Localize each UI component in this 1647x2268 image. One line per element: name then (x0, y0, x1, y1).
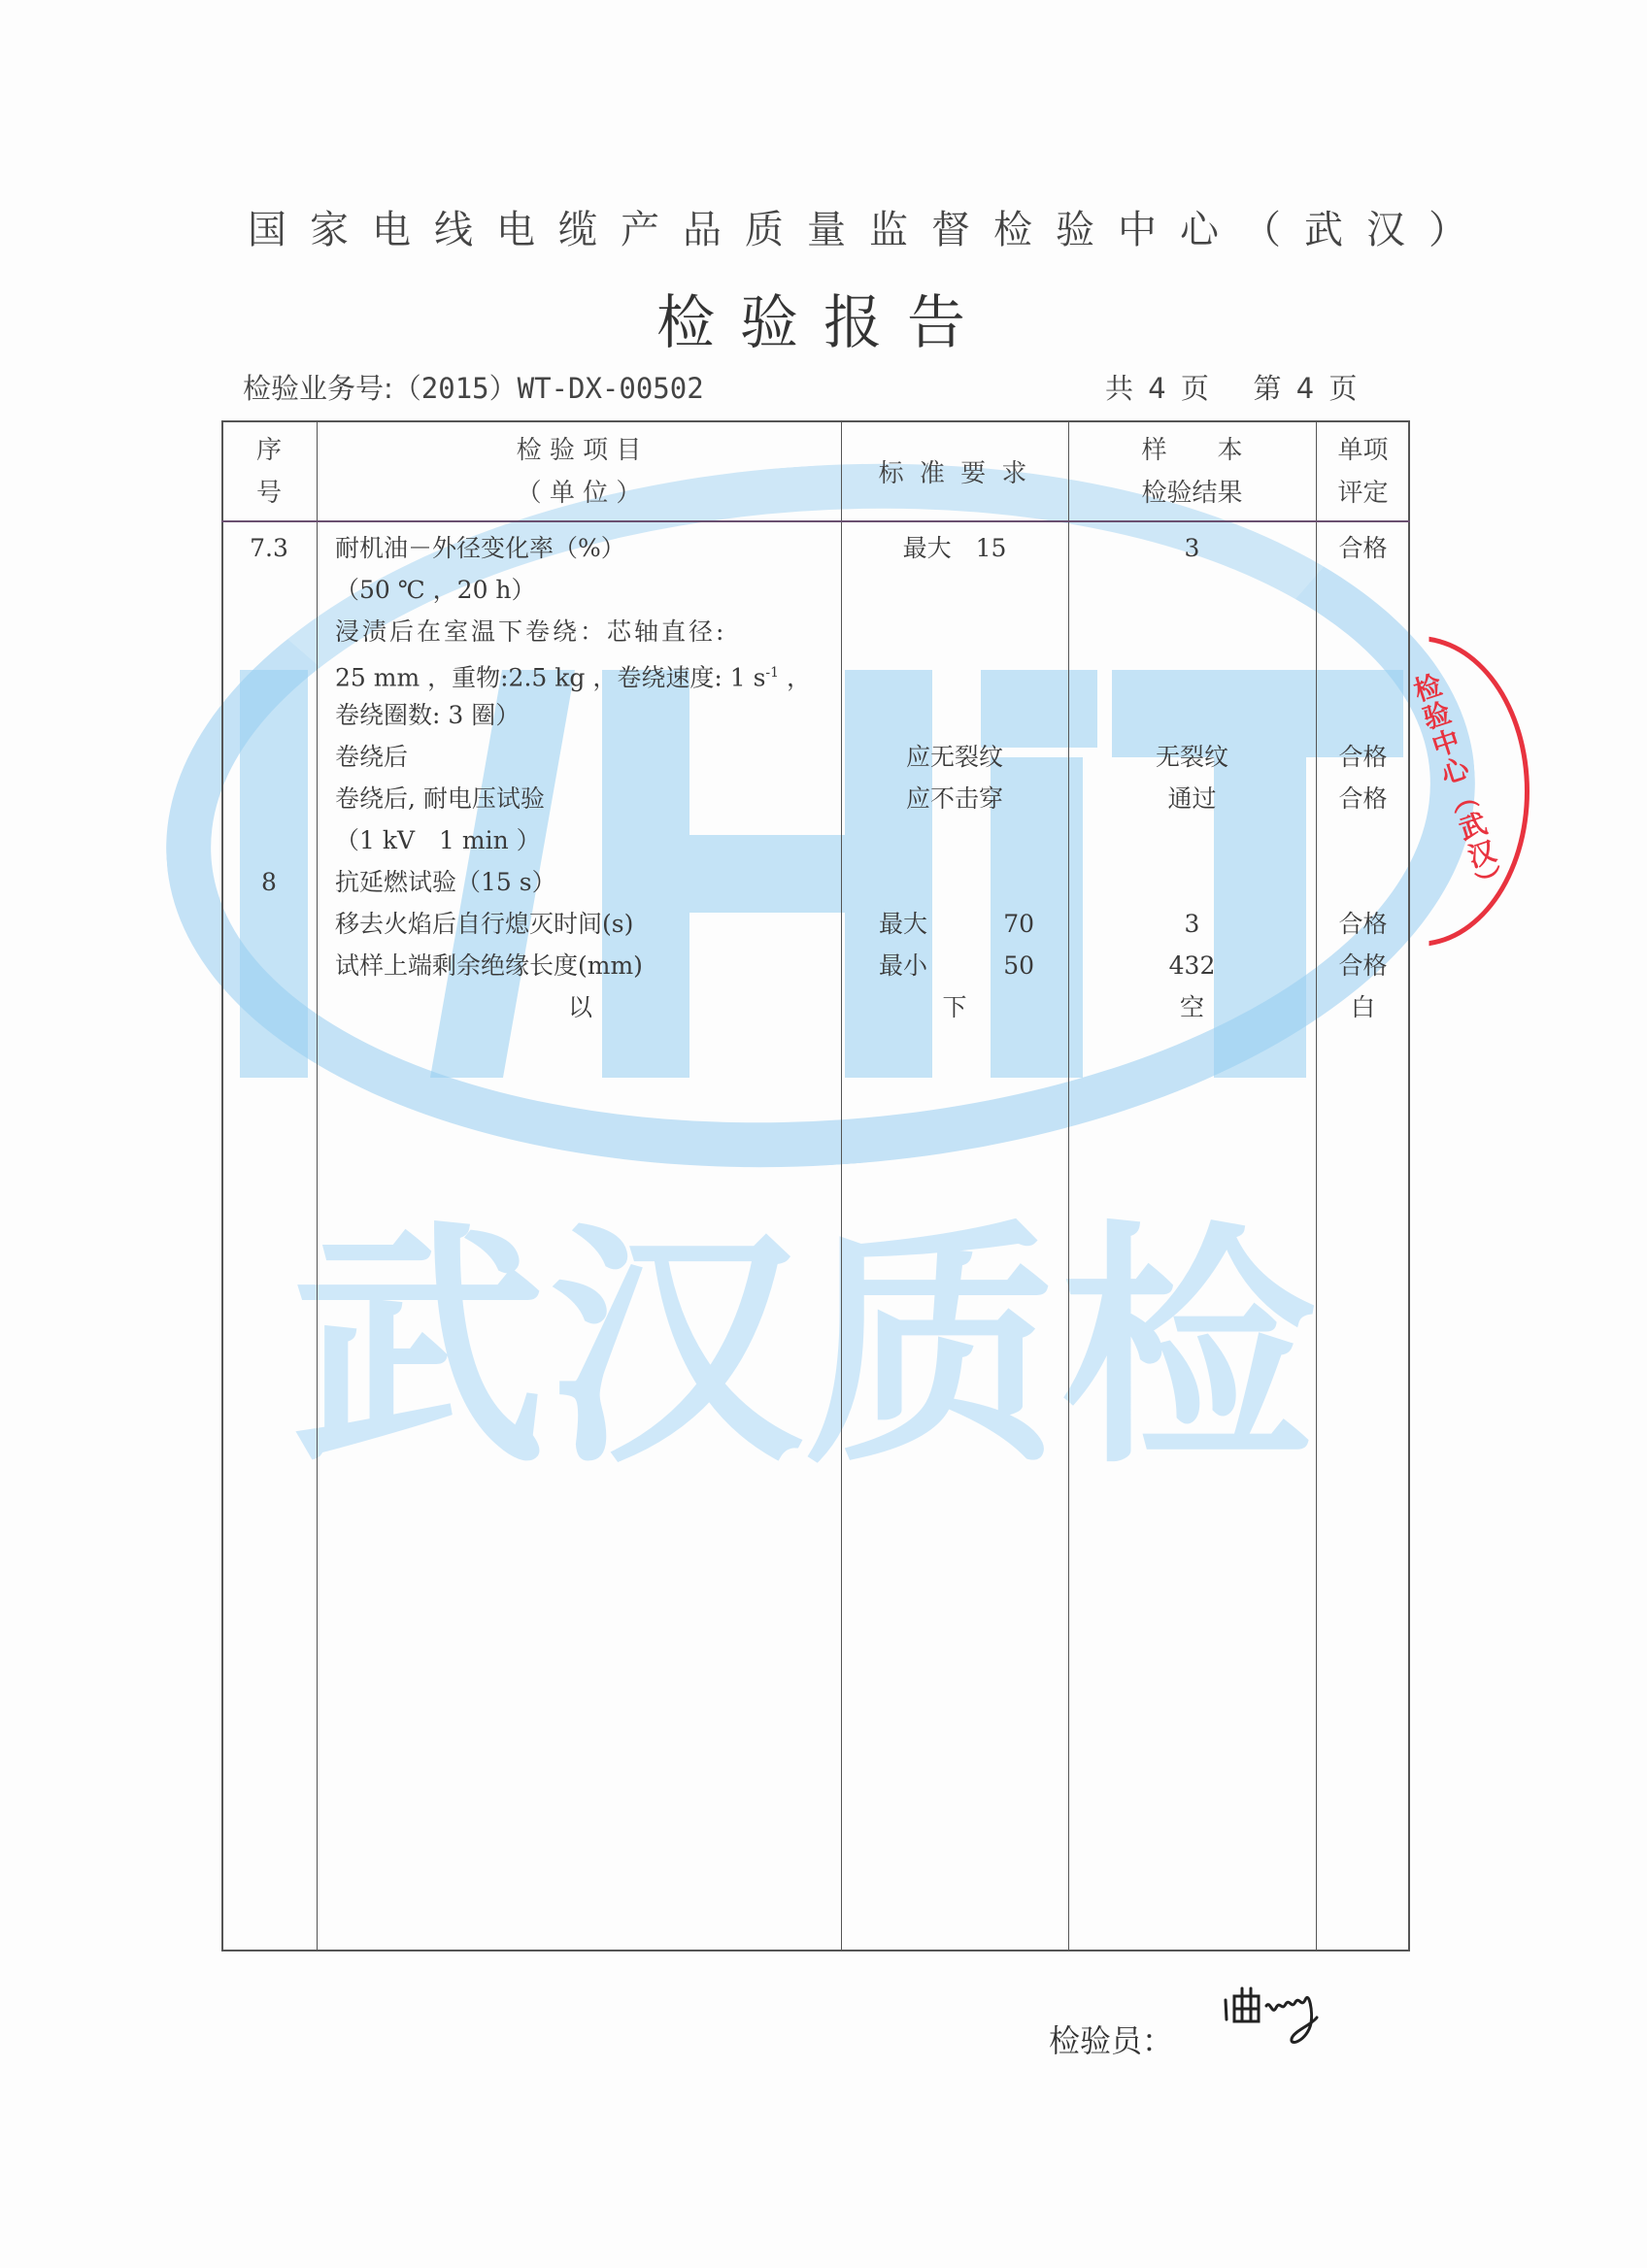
pages-current: 第 4 页 (1254, 372, 1358, 405)
business-number-value: （2015）WT-DX-00502 (393, 372, 704, 405)
row-evaluation: 合格 (1316, 945, 1410, 986)
row-item: 卷绕后 (335, 736, 408, 778)
row-item: 卷绕圈数: 3 圈） (335, 694, 520, 736)
row-result: 无裂纹 (1068, 736, 1316, 778)
col-header-no: 序 号 (221, 429, 317, 515)
col-header-item: 检 验 项 目 （ 单 位 ） (317, 429, 841, 515)
organization-name: 国家电线电缆产品质量监督检验中心（武汉） (248, 199, 1491, 254)
standard-limit-value: 70 (1003, 903, 1034, 945)
row-standard: 最大 15 (841, 527, 1068, 569)
row-item: 抗延燃试验（15 s） (335, 861, 556, 903)
row-standard: 最大70 (879, 903, 1034, 945)
business-number: 检验业务号:（2015）WT-DX-00502 (243, 367, 704, 407)
col-divider (1068, 420, 1069, 1951)
row-evaluation: 合格 (1316, 903, 1410, 945)
row-item: （50 ℃ ，20 h） (335, 569, 536, 611)
report-title: 检验报告 (0, 277, 1647, 360)
row-number: 8 (221, 861, 317, 903)
row-item: 移去火焰后自行熄灭时间(s) (335, 903, 633, 945)
col-divider (841, 420, 842, 1951)
row-standard: 应无裂纹 (841, 736, 1068, 778)
col-divider (317, 420, 318, 1951)
end-marker-4: 白 (1316, 986, 1410, 1028)
col-divider (1316, 420, 1317, 1951)
end-marker-2: 下 (841, 986, 1068, 1028)
row-evaluation: 合格 (1316, 736, 1410, 778)
row-standard: 应不击穿 (841, 778, 1068, 819)
row-item: 耐机油－外径变化率（%） (335, 527, 625, 569)
row-item: 浸渍后在室温下卷绕：芯轴直径: (335, 611, 726, 652)
row-evaluation: 合格 (1316, 527, 1410, 569)
page-indicator: 共 4 页 第 4 页 (1105, 367, 1357, 407)
end-marker-1: 以 (568, 986, 592, 1028)
row-result: 3 (1068, 527, 1316, 569)
inspector-label: 检验员： (1049, 2017, 1173, 2061)
col-header-result: 样 本 检验结果 (1068, 429, 1316, 515)
row-standard: 最小50 (879, 945, 1034, 986)
col-header-standard: 标 准 要 求 (841, 452, 1068, 495)
row-item: 25 mm ，重物:2.5 kg ，卷绕速度: 1 s-1 ， (335, 652, 811, 698)
business-number-label: 检验业务号: (243, 372, 393, 405)
row-item-tail: ， (779, 663, 811, 691)
row-item: （1 kV 1 min ） (335, 819, 541, 861)
row-number: 7.3 (221, 527, 317, 569)
row-result: 通过 (1068, 778, 1316, 819)
end-marker-3: 空 (1068, 986, 1316, 1028)
col-header-evaluation: 单项 评定 (1316, 429, 1410, 515)
row-item-text: 25 mm ，重物:2.5 kg ，卷绕速度: 1 s (335, 663, 765, 691)
row-item: 试样上端剩余绝缘长度(mm) (335, 945, 643, 986)
row-evaluation: 合格 (1316, 778, 1410, 819)
row-item: 卷绕后, 耐电压试验 (335, 778, 545, 819)
standard-limit-label: 最大 (879, 903, 927, 945)
standard-limit-value: 50 (1003, 945, 1034, 986)
row-result: 3 (1068, 903, 1316, 945)
row-result: 432 (1068, 945, 1316, 986)
row-item-superscript: -1 (765, 665, 779, 681)
inspector-signature (1222, 1983, 1348, 2051)
header-divider (221, 520, 1410, 522)
standard-limit-label: 最小 (879, 945, 927, 986)
pages-total: 共 4 页 (1105, 372, 1209, 405)
